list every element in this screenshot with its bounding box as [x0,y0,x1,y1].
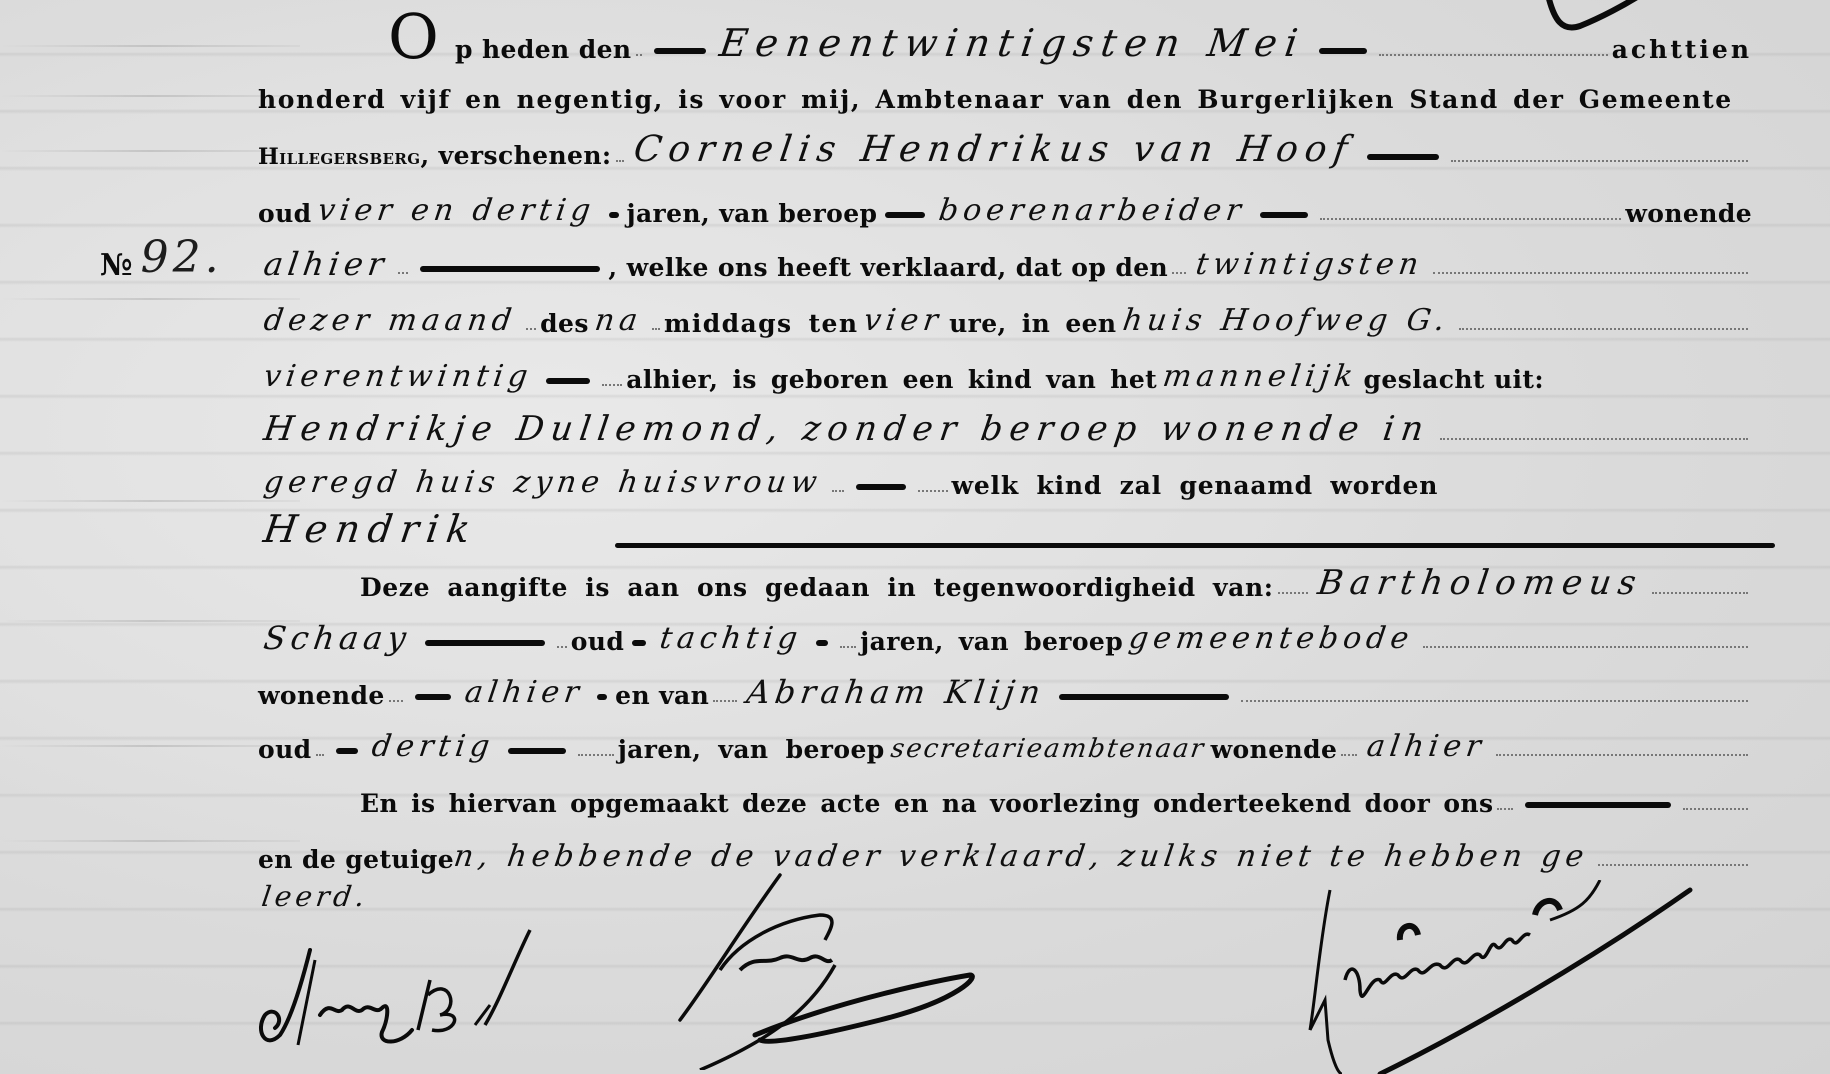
handwritten-father-age: vier en dertig [309,196,602,226]
handwritten-witness1-first: Bartholomeus [1309,566,1650,600]
handwritten-witness2-residence: alhier [1359,732,1494,762]
handwritten-house-number: vierentwintig [256,362,540,392]
line-6: dezer maand des na middags ten vier ure,… [258,296,1752,336]
printed-text: Deze aangifte is aan ons gedaan in tegen… [360,575,1274,600]
handwritten-hour: vier [856,306,951,336]
line-8: Hendrikje Dullemond, zonder beroep wonen… [258,406,1752,446]
bleed-through-line [0,298,300,300]
handwritten-period: na [587,306,650,336]
line-2: honderd vijf en negentig, is voor mij, A… [258,72,1752,112]
printed-text: ure, in een [949,311,1116,336]
scanned-page: O p heden den Eenentwintigsten Mei achtt… [0,0,1830,1074]
handwritten-mother: Hendrikje Dullemond, zonder beroep wonen… [256,412,1439,446]
handwritten-birth-day: twintigsten [1188,250,1431,280]
signature-3: Ambtenaar van den Burgerlijken Stand [1290,880,1810,1074]
handwritten-witness1-age: tachtig [652,624,810,654]
printed-text: jaren, van beroep [618,737,885,762]
printed-text: wonende [258,683,385,708]
handwritten-mother-status: geregd huis zyne huisvrouw [256,468,830,498]
handwritten-witness2-occupation: secretarieambtenaar [883,736,1213,762]
printed-text: welk kind zal genaamd worden [952,473,1439,498]
printed-text: oud [258,201,312,226]
line-4: oud vier en dertig jaren, van beroep boe… [258,186,1752,226]
handwritten-address: huis Hoofweg G. [1114,306,1456,336]
handwritten-witness1-residence: alhier [457,678,592,708]
handwritten-witness2-name: Abraham Klijn [739,676,1054,708]
printed-text: jaren, van beroep [860,629,1123,654]
printed-text: honderd vijf en negentig, is voor mij, A… [258,87,1733,112]
printed-text: , welke ons heeft verklaard, dat op den [608,255,1168,280]
handwritten-witness1-occupation: gemeentebode [1121,624,1421,654]
printed-text: en de getuige [258,847,454,872]
handwritten-father-name: Cornelis Hendrikus van Hoof [625,132,1362,168]
printed-text: middags ten [664,311,858,336]
printed-text: En is hiervan opgemaakt deze acte en na … [360,791,1493,816]
line-3: Hillegersberg , verschenen: Cornelis Hen… [258,128,1752,168]
bleed-through-line [0,500,300,502]
printed-text: geslacht uit: [1364,367,1544,392]
signature-1: B. Schaay [250,920,580,1060]
line-10: Hendrik [258,508,1752,548]
handwritten-witness2-age: dertig [363,732,501,762]
line-7: vierentwintig alhier, is geboren een kin… [258,352,1752,392]
handwritten-sex: mannelijk [1155,362,1366,392]
bleed-through-line [0,45,300,47]
printed-text: p heden den [455,37,632,62]
printed-text: en van [615,683,709,708]
printed-text: wonende [1625,201,1752,226]
printed-text: achttien [1612,37,1752,62]
printed-text: wonende [1211,737,1338,762]
line-16: en de getuige n, hebbende de vader verkl… [258,832,1752,872]
handwritten-date: Eenentwintigsten Mei [711,24,1314,62]
bleed-through-line [0,95,300,97]
bleed-through-line [0,150,300,152]
municipality-name: Hillegersberg [258,146,420,168]
fill-rule [615,543,1775,548]
handwritten-child-name: Hendrik [255,510,486,548]
printed-text: jaren, van beroep [627,201,878,226]
bleed-through-line [0,840,300,842]
printed-text: oud [571,629,625,654]
line-12: Schaay oud tachtig jaren, van beroep gem… [258,614,1752,654]
printed-text: oud [258,737,312,762]
handwritten-month: dezer maand [256,306,524,336]
line-11: Deze aangifte is aan ons gedaan in tegen… [360,560,1752,600]
handwritten-father-occupation: boerenarbeider [931,196,1254,226]
line-14: oud dertig jaren, van beroep secretariea… [258,722,1752,762]
signature-2: A. Klijn [540,870,1160,1070]
line-9: geregd huis zyne huisvrouw welk kind zal… [258,458,1752,498]
handwritten-residence: alhier [256,248,397,280]
line-13: wonende alhier en van Abraham Klijn [258,668,1752,708]
handwritten-remark: n, hebbende de vader verklaard, zulks ni… [452,842,1597,872]
number-sign: № [100,248,133,283]
handwritten-witness1-last: Schaay [256,622,419,654]
printed-text: , verschenen: [420,143,611,168]
line-5: alhier , welke ons heeft verklaard, dat … [258,240,1752,280]
line-15: En is hiervan opgemaakt deze acte en na … [360,776,1752,816]
line-1: p heden den Eenentwintigsten Mei achttie… [455,22,1752,62]
record-number-value: 92. [141,232,223,283]
printed-text: des [540,311,589,336]
bleed-through-line [0,620,300,622]
drop-cap-initial: O [388,0,439,73]
bleed-through-line [0,745,300,747]
printed-text: alhier, is geboren een kind van het [626,367,1157,392]
handwritten-remark-end: leerd. [260,880,371,913]
record-number: № 92. [100,232,223,283]
